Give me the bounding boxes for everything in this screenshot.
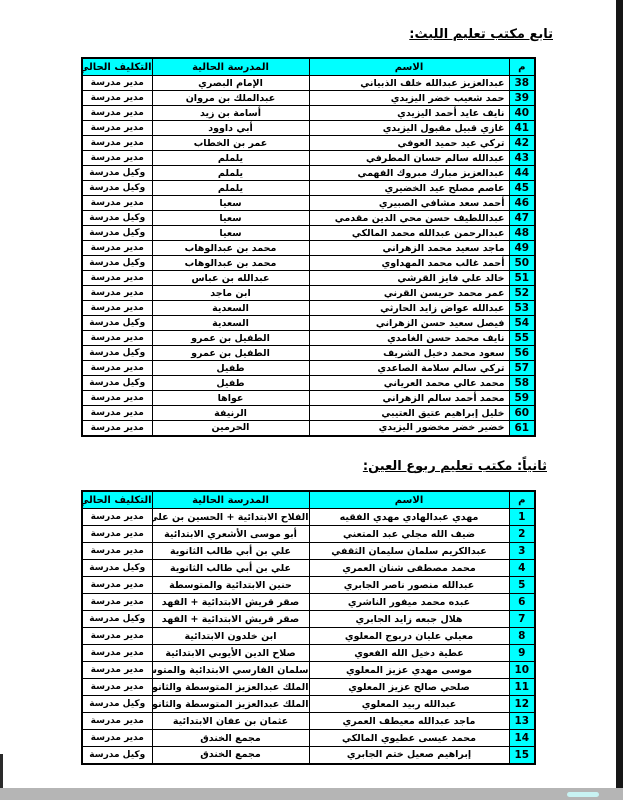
row-number-cell: 47 [509, 211, 535, 226]
school-cell: ابن خلدون الابتدائية [152, 628, 309, 645]
name-cell: محمد عالي محمد العرياني [309, 376, 509, 391]
assignment-cell: مدير مدرسة [82, 361, 152, 376]
assignment-cell: مدير مدرسة [82, 136, 152, 151]
header-current-assignment: التكليف الحالي [82, 491, 152, 509]
table-row: 12عبدالله ربيد المعلويالملك عبدالعزيز ال… [82, 696, 535, 713]
school-cell: الفلاح الابتدائية + الحسين بن علي [152, 509, 309, 526]
school-cell: الطفيل بن عمرو [152, 331, 309, 346]
assignment-cell: مدير مدرسة [82, 713, 152, 730]
table-row: 54فيصل سعيد حسن الزهرانيالسعديةوكيل مدرس… [82, 316, 535, 331]
table-header-row: م الاسم المدرسة الحالية التكليف الحالي [82, 491, 535, 509]
assignment-cell: وكيل مدرسة [82, 560, 152, 577]
table-row: 43عبدالله سالم حسان المطرفييلملممدير مدر… [82, 151, 535, 166]
assignment-cell: وكيل مدرسة [82, 256, 152, 271]
table-row: 59محمد أحمد سالم الزهرانيعواهامدير مدرسة [82, 391, 535, 406]
name-cell: محمد مصطفى شنان العمري [309, 560, 509, 577]
name-cell: عطية دخيل الله الفعوي [309, 645, 509, 662]
row-number-cell: 59 [509, 391, 535, 406]
table-row: 10موسى مهدي عزيز المعلويسلمان الفارسي ال… [82, 662, 535, 679]
assignment-cell: مدير مدرسة [82, 271, 152, 286]
row-number-cell: 53 [509, 301, 535, 316]
assignment-cell: مدير مدرسة [82, 331, 152, 346]
school-cell: الملك عبدالعزيز المتوسطة والثانوية [152, 679, 309, 696]
school-cell: عبدالله بن عباس [152, 271, 309, 286]
school-cell: صقر قريش الابتدائية + الفهد [152, 594, 309, 611]
table-row: 49ماجد سعيد محمد الزهرانيمحمد بن عبدالوه… [82, 241, 535, 256]
name-cell: أحمد غالب محمد المهداوي [309, 256, 509, 271]
assignment-cell: مدير مدرسة [82, 594, 152, 611]
row-number-cell: 43 [509, 151, 535, 166]
school-cell: سلمان الفارسي الابتدائية والمتوسطة [152, 662, 309, 679]
school-cell: الرنيفة [152, 406, 309, 421]
name-cell: حمد شعيب خضر اليزيدي [309, 91, 509, 106]
school-cell: يلملم [152, 151, 309, 166]
table-row: 14محمد عيسى عطيوي المالكيمجمع الخندقمدير… [82, 730, 535, 747]
header-current-assignment: التكليف الحالي [82, 58, 152, 76]
row-number-cell: 48 [509, 226, 535, 241]
page-edge-bar [616, 0, 623, 789]
assignment-cell: مدير مدرسة [82, 286, 152, 301]
table-header-row: م الاسم المدرسة الحالية التكليف الحالي [82, 58, 535, 76]
school-cell: حنين الابتدائية والمتوسطة [152, 577, 309, 594]
table-row: 11صلحي صالح عزيز المعلويالملك عبدالعزيز … [82, 679, 535, 696]
name-cell: هلال جبعه زايد الجابري [309, 611, 509, 628]
row-number-cell: 51 [509, 271, 535, 286]
table-row: 13ماجد عبدالله معيطف العمريعثمان بن عفان… [82, 713, 535, 730]
row-number-cell: 13 [509, 713, 535, 730]
row-number-cell: 11 [509, 679, 535, 696]
school-cell: طفيل [152, 376, 309, 391]
school-cell: مجمع الخندق [152, 730, 309, 747]
table-row: 48عبدالرحمن عبدالله محمد المالكيسعياوكيل… [82, 226, 535, 241]
school-cell: السعدية [152, 301, 309, 316]
table-row: 53عبدالله عواض زايد الحارثيالسعديةمدير م… [82, 301, 535, 316]
name-cell: عاصم مصلح عيد الخضيري [309, 181, 509, 196]
table-row: 51خالد علي فايز القرشيعبدالله بن عباسمدي… [82, 271, 535, 286]
assignment-cell: وكيل مدرسة [82, 376, 152, 391]
table-row: 45عاصم مصلح عيد الخضيرييلملموكيل مدرسة [82, 181, 535, 196]
name-cell: عبدالعزيز عبدالله خلف الذبياني [309, 76, 509, 91]
row-number-cell: 2 [509, 526, 535, 543]
assignment-cell: مدير مدرسة [82, 509, 152, 526]
row-number-cell: 3 [509, 543, 535, 560]
name-cell: ماجد عبدالله معيطف العمري [309, 713, 509, 730]
name-cell: عبدالعزيز مبارك مبروك الفهمي [309, 166, 509, 181]
row-number-cell: 60 [509, 406, 535, 421]
row-number-cell: 44 [509, 166, 535, 181]
name-cell: عبدالله عواض زايد الحارثي [309, 301, 509, 316]
school-cell: محمد بن عبدالوهاب [152, 241, 309, 256]
row-number-cell: 38 [509, 76, 535, 91]
school-cell: السعدية [152, 316, 309, 331]
layth-roster-table: م الاسم المدرسة الحالية التكليف الحالي 3… [81, 57, 536, 437]
assignment-cell: وكيل مدرسة [82, 166, 152, 181]
row-number-cell: 7 [509, 611, 535, 628]
table-row: 39حمد شعيب خضر اليزيديعبدالملك بن مروانم… [82, 91, 535, 106]
table-row: 47عبداللطيف حسن محي الدين مقدميسعياوكيل … [82, 211, 535, 226]
row-number-cell: 50 [509, 256, 535, 271]
assignment-cell: مدير مدرسة [82, 421, 152, 436]
school-cell: علي بن أبي طالب الثانوية [152, 543, 309, 560]
row-number-cell: 4 [509, 560, 535, 577]
school-cell: سعيا [152, 211, 309, 226]
table-row: 1مهدي عبدالهادي مهدي الفقيهالفلاح الابتد… [82, 509, 535, 526]
row-number-cell: 58 [509, 376, 535, 391]
header-name: الاسم [309, 58, 509, 76]
row-number-cell: 41 [509, 121, 535, 136]
assignment-cell: وكيل مدرسة [82, 611, 152, 628]
name-cell: سعود محمد دخيل الشريف [309, 346, 509, 361]
table-row: 15إبراهيم صعيل ختم الجابريمجمع الخندقوكي… [82, 747, 535, 764]
table-row: 38عبدالعزيز عبدالله خلف الذبيانيالإمام ا… [82, 76, 535, 91]
row-number-cell: 49 [509, 241, 535, 256]
table-row: 44عبدالعزيز مبارك مبروك الفهمييلملموكيل … [82, 166, 535, 181]
row-number-cell: 55 [509, 331, 535, 346]
name-cell: موسى مهدي عزيز المعلوي [309, 662, 509, 679]
rubu-alain-roster-table: م الاسم المدرسة الحالية التكليف الحالي 1… [81, 490, 536, 765]
name-cell: صلحي صالح عزيز المعلوي [309, 679, 509, 696]
row-number-cell: 54 [509, 316, 535, 331]
name-cell: أحمد سعد مشافي الصبيري [309, 196, 509, 211]
row-number-cell: 45 [509, 181, 535, 196]
school-cell: محمد بن عبدالوهاب [152, 256, 309, 271]
table-row: 5عبدالله منصور ناصر الجابريحنين الابتدائ… [82, 577, 535, 594]
name-cell: عبدالرحمن عبدالله محمد المالكي [309, 226, 509, 241]
school-cell: عبدالملك بن مروان [152, 91, 309, 106]
table-row: 57تركي سالم سلامة الصاعديطفيلمدير مدرسة [82, 361, 535, 376]
name-cell: مهدي عبدالهادي مهدي الفقيه [309, 509, 509, 526]
table-row: 40نايف عايد أحمد اليزيديأسامة بن زيدمدير… [82, 106, 535, 121]
school-cell: يلملم [152, 181, 309, 196]
name-cell: عبده محمد ميفور الناشري [309, 594, 509, 611]
school-cell: عواها [152, 391, 309, 406]
name-cell: عبدالله سالم حسان المطرفي [309, 151, 509, 166]
name-cell: معيلي عليان دربوج المعلوي [309, 628, 509, 645]
assignment-cell: وكيل مدرسة [82, 346, 152, 361]
name-cell: غازي قبيل مقبول اليزيدي [309, 121, 509, 136]
name-cell: عبدالكريم سلمان سليمان الثقفي [309, 543, 509, 560]
header-current-school: المدرسة الحالية [152, 58, 309, 76]
school-cell: سعيا [152, 226, 309, 241]
table-row: 61خضير خضر مخضور اليزيديالحرمينمدير مدرس… [82, 421, 535, 436]
school-cell: صلاح الدين الأيوبي الابتدائية [152, 645, 309, 662]
header-name: الاسم [309, 491, 509, 509]
row-number-cell: 57 [509, 361, 535, 376]
page-edge-corner [0, 754, 3, 788]
table-row: 6عبده محمد ميفور الناشريصقر قريش الابتدا… [82, 594, 535, 611]
school-cell: مجمع الخندق [152, 747, 309, 764]
name-cell: عبدالله ربيد المعلوي [309, 696, 509, 713]
name-cell: خالد علي فايز القرشي [309, 271, 509, 286]
table-row: 2ضيف الله مجلي عبد المتعنيأبو موسى الأشع… [82, 526, 535, 543]
name-cell: عبدالله منصور ناصر الجابري [309, 577, 509, 594]
table-row: 60خليل إبراهيم عتيق العتيبيالرنيفةمدير م… [82, 406, 535, 421]
school-cell: أبي داوود [152, 121, 309, 136]
assignment-cell: مدير مدرسة [82, 662, 152, 679]
table-row: 56سعود محمد دخيل الشريفالطفيل بن عمرووكي… [82, 346, 535, 361]
row-number-cell: 10 [509, 662, 535, 679]
assignment-cell: مدير مدرسة [82, 730, 152, 747]
school-cell: أبو موسى الأشعري الابتدائية [152, 526, 309, 543]
table-row: 3عبدالكريم سلمان سليمان الثقفيعلي بن أبي… [82, 543, 535, 560]
row-number-cell: 15 [509, 747, 535, 764]
school-cell: عثمان بن عفان الابتدائية [152, 713, 309, 730]
name-cell: نايف عايد أحمد اليزيدي [309, 106, 509, 121]
name-cell: إبراهيم صعيل ختم الجابري [309, 747, 509, 764]
school-cell: الملك عبدالعزيز المتوسطة والثانوية [152, 696, 309, 713]
scan-artifact [567, 792, 599, 797]
assignment-cell: مدير مدرسة [82, 577, 152, 594]
school-cell: ابن ماجد [152, 286, 309, 301]
assignment-cell: مدير مدرسة [82, 106, 152, 121]
table-row: 46أحمد سعد مشافي الصبيريسعيامدير مدرسة [82, 196, 535, 211]
assignment-cell: مدير مدرسة [82, 543, 152, 560]
assignment-cell: وكيل مدرسة [82, 316, 152, 331]
row-number-cell: 39 [509, 91, 535, 106]
school-cell: طفيل [152, 361, 309, 376]
name-cell: نايف محمد حسن الغامدي [309, 331, 509, 346]
assignment-cell: مدير مدرسة [82, 628, 152, 645]
header-current-school: المدرسة الحالية [152, 491, 309, 509]
row-number-cell: 46 [509, 196, 535, 211]
assignment-cell: مدير مدرسة [82, 121, 152, 136]
assignment-cell: مدير مدرسة [82, 391, 152, 406]
row-number-cell: 42 [509, 136, 535, 151]
header-number: م [509, 58, 535, 76]
table-row: 7هلال جبعه زايد الجابريصقر قريش الابتدائ… [82, 611, 535, 628]
section2-title: ثانياً: مكتب تعليم ربوع العين: [363, 459, 547, 474]
school-cell: أسامة بن زيد [152, 106, 309, 121]
row-number-cell: 6 [509, 594, 535, 611]
name-cell: ماجد سعيد محمد الزهراني [309, 241, 509, 256]
name-cell: تركي عيد حميد العوفي [309, 136, 509, 151]
row-number-cell: 40 [509, 106, 535, 121]
school-cell: سعيا [152, 196, 309, 211]
school-cell: الطفيل بن عمرو [152, 346, 309, 361]
row-number-cell: 1 [509, 509, 535, 526]
school-cell: عمر بن الخطاب [152, 136, 309, 151]
name-cell: محمد عيسى عطيوي المالكي [309, 730, 509, 747]
assignment-cell: وكيل مدرسة [82, 181, 152, 196]
assignment-cell: مدير مدرسة [82, 151, 152, 166]
table-row: 50أحمد غالب محمد المهداويمحمد بن عبدالوه… [82, 256, 535, 271]
row-number-cell: 14 [509, 730, 535, 747]
school-cell: الإمام البصري [152, 76, 309, 91]
row-number-cell: 5 [509, 577, 535, 594]
name-cell: فيصل سعيد حسن الزهراني [309, 316, 509, 331]
header-number: م [509, 491, 535, 509]
assignment-cell: مدير مدرسة [82, 301, 152, 316]
table-row: 9عطية دخيل الله الفعويصلاح الدين الأيوبي… [82, 645, 535, 662]
name-cell: محمد أحمد سالم الزهراني [309, 391, 509, 406]
school-cell: علي بن أبي طالب الثانوية [152, 560, 309, 577]
assignment-cell: وكيل مدرسة [82, 696, 152, 713]
table-row: 41غازي قبيل مقبول اليزيديأبي داوودمدير م… [82, 121, 535, 136]
school-cell: صقر قريش الابتدائية + الفهد [152, 611, 309, 628]
row-number-cell: 61 [509, 421, 535, 436]
table-row: 4محمد مصطفى شنان العمريعلي بن أبي طالب ا… [82, 560, 535, 577]
assignment-cell: مدير مدرسة [82, 645, 152, 662]
name-cell: عبداللطيف حسن محي الدين مقدمي [309, 211, 509, 226]
assignment-cell: مدير مدرسة [82, 76, 152, 91]
assignment-cell: مدير مدرسة [82, 679, 152, 696]
table-row: 58محمد عالي محمد العريانيطفيلوكيل مدرسة [82, 376, 535, 391]
table-row: 8معيلي عليان دربوج المعلويابن خلدون الاب… [82, 628, 535, 645]
school-cell: الحرمين [152, 421, 309, 436]
assignment-cell: وكيل مدرسة [82, 747, 152, 764]
assignment-cell: مدير مدرسة [82, 526, 152, 543]
assignment-cell: مدير مدرسة [82, 241, 152, 256]
row-number-cell: 8 [509, 628, 535, 645]
section1-title: تابع مكتب تعليم الليث: [409, 27, 553, 42]
bottom-strip [0, 788, 623, 800]
name-cell: عمر محمد حريسن القرني [309, 286, 509, 301]
table-row: 42تركي عيد حميد العوفيعمر بن الخطابمدير … [82, 136, 535, 151]
table-row: 52عمر محمد حريسن القرنيابن ماجدمدير مدرس… [82, 286, 535, 301]
row-number-cell: 52 [509, 286, 535, 301]
school-cell: يلملم [152, 166, 309, 181]
assignment-cell: مدير مدرسة [82, 406, 152, 421]
row-number-cell: 9 [509, 645, 535, 662]
row-number-cell: 12 [509, 696, 535, 713]
table-row: 55نايف محمد حسن الغامديالطفيل بن عمرومدي… [82, 331, 535, 346]
assignment-cell: مدير مدرسة [82, 196, 152, 211]
row-number-cell: 56 [509, 346, 535, 361]
name-cell: تركي سالم سلامة الصاعدي [309, 361, 509, 376]
assignment-cell: وكيل مدرسة [82, 211, 152, 226]
name-cell: ضيف الله مجلي عبد المتعني [309, 526, 509, 543]
name-cell: خليل إبراهيم عتيق العتيبي [309, 406, 509, 421]
name-cell: خضير خضر مخضور اليزيدي [309, 421, 509, 436]
assignment-cell: مدير مدرسة [82, 91, 152, 106]
assignment-cell: وكيل مدرسة [82, 226, 152, 241]
